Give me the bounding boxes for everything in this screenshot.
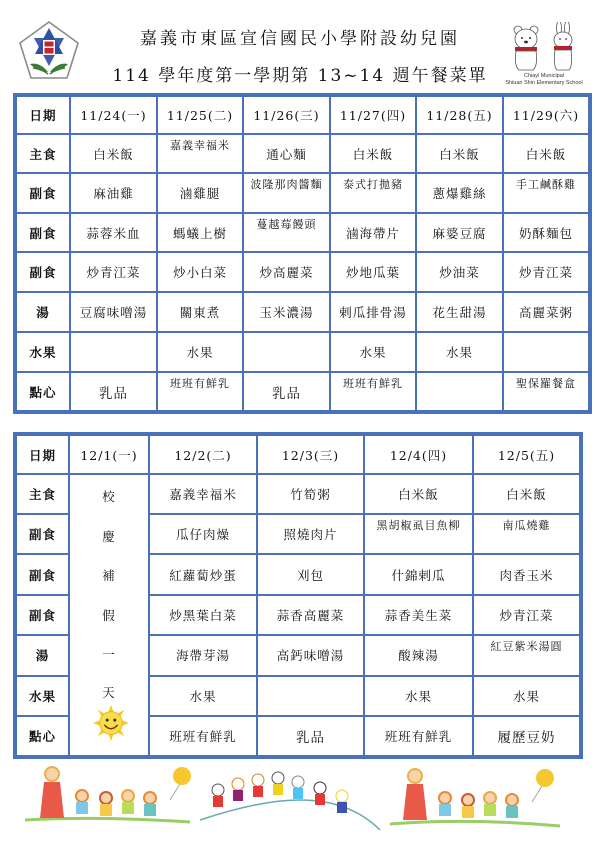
date-header: 12/3(三)	[257, 434, 364, 474]
menu-cell: 通心麵	[243, 134, 330, 173]
menu-cell: 白米飯	[416, 134, 503, 173]
school-emblem-icon	[18, 20, 80, 82]
menu-cell: 豆腐味噌湯	[70, 292, 157, 332]
row-label: 湯	[15, 635, 69, 676]
bear-rabbit-mascot-icon	[496, 22, 592, 72]
menu-cell: 炒高麗菜	[243, 252, 330, 292]
smiling-sun-icon	[92, 704, 130, 742]
table-row: 水果 水果 水果 水果	[15, 332, 590, 372]
menu-cell: 炒青江菜	[473, 595, 581, 635]
row-label: 副食	[15, 173, 70, 213]
children-banner-illustration	[20, 760, 580, 836]
menu-cell: 履歷豆奶	[473, 716, 581, 757]
menu-cell: 蒜香高麗菜	[257, 595, 364, 635]
menu-title: 114 學年度第一學期第 13~14 週午餐菜單	[100, 61, 500, 86]
menu-cell: 紅蘿蔔炒蛋	[149, 554, 257, 595]
menu-cell: 照燒肉片	[257, 514, 364, 555]
date-header: 11/26(三)	[243, 95, 330, 134]
menu-cell: 嘉義幸福米	[149, 474, 257, 514]
table-row: 點心 乳品 班班有鮮乳 乳品 班班有鮮乳 聖保羅餐盒	[15, 372, 590, 412]
menu-cell: 水果	[149, 676, 257, 717]
row-label: 湯	[15, 292, 70, 332]
row-label: 副食	[15, 252, 70, 292]
menu-cell: 白米飯	[503, 134, 590, 173]
date-header: 12/1(一)	[69, 434, 149, 474]
date-header: 12/2(二)	[149, 434, 257, 474]
menu-cell: 酸辣湯	[364, 635, 473, 676]
menu-cell: 水果	[473, 676, 581, 717]
menu-cell: 關東煮	[157, 292, 243, 332]
menu-cell: 剌瓜排骨湯	[330, 292, 416, 332]
menu-cell: 什錦剌瓜	[364, 554, 473, 595]
row-label: 副食	[15, 213, 70, 252]
menu-cell: 水果	[416, 332, 503, 372]
table-row: 副食 炒青江菜 炒小白菜 炒高麗菜 炒地瓜葉 炒油菜 炒青江菜	[15, 252, 590, 292]
holiday-char: 假	[70, 606, 148, 624]
menu-cell: 海帶芽湯	[149, 635, 257, 676]
menu-cell: 炒黑葉白菜	[149, 595, 257, 635]
date-header: 12/5(五)	[473, 434, 581, 474]
menu-cell: 滷海帶片	[330, 213, 416, 252]
row-label: 日期	[15, 95, 70, 134]
menu-cell: 班班有鮮乳	[364, 716, 473, 757]
table-row: 副食 蒜蓉米血 螞蟻上樹 蔓越莓饅頭 滷海帶片 麻婆豆腐 奶酥麵包	[15, 213, 590, 252]
menu-cell: 炒地瓜葉	[330, 252, 416, 292]
date-header: 12/4(四)	[364, 434, 473, 474]
menu-cell	[243, 332, 330, 372]
menu-cell: 蔓越莓饅頭	[243, 213, 330, 252]
menu-cell: 手工鹹酥雞	[503, 173, 590, 213]
menu-cell: 炒青江菜	[503, 252, 590, 292]
menu-cell: 麻婆豆腐	[416, 213, 503, 252]
school-emblem-logo	[18, 20, 80, 82]
menu-cell: 螞蟻上樹	[157, 213, 243, 252]
holiday-char: 天	[70, 683, 148, 701]
week2-menu-table: 日期 12/1(一) 12/2(二) 12/3(三) 12/4(四) 12/5(…	[13, 432, 583, 759]
table-row: 副食 麻油雞 滷雞腿 波隆那肉醬麵 泰式打拋豬 蔥爆雞絲 手工鹹酥雞	[15, 173, 590, 213]
menu-cell: 蒜蓉米血	[70, 213, 157, 252]
table-row: 主食 白米飯 嘉義幸福米 通心麵 白米飯 白米飯 白米飯	[15, 134, 590, 173]
week2-date-row: 日期 12/1(一) 12/2(二) 12/3(三) 12/4(四) 12/5(…	[15, 434, 581, 474]
menu-cell: 紅豆紫米湯圓	[473, 635, 581, 676]
menu-cell: 乳品	[70, 372, 157, 412]
menu-cell: 花生甜湯	[416, 292, 503, 332]
date-header: 11/27(四)	[330, 95, 416, 134]
row-label: 日期	[15, 434, 69, 474]
school-name-title: 嘉義市東區宣信國民小學附設幼兒園	[100, 24, 500, 49]
row-label: 主食	[15, 134, 70, 173]
teachers-children-icon	[20, 760, 580, 836]
menu-cell: 滷雞腿	[157, 173, 243, 213]
menu-cell: 炒青江菜	[70, 252, 157, 292]
menu-cell: 泰式打拋豬	[330, 173, 416, 213]
mascot-caption-line1: Chiayi Municipal	[496, 73, 592, 79]
menu-cell: 瓜仔肉燥	[149, 514, 257, 555]
menu-cell: 班班有鮮乳	[330, 372, 416, 412]
row-label: 點心	[15, 716, 69, 757]
date-header: 11/28(五)	[416, 95, 503, 134]
mascot-logo: Chiayi Municipal Shiuan Shin Elementary …	[496, 22, 592, 88]
week1-date-row: 日期 11/24(一) 11/25(二) 11/26(三) 11/27(四) 1…	[15, 95, 590, 134]
menu-cell: 水果	[157, 332, 243, 372]
date-header: 11/29(六)	[503, 95, 590, 134]
menu-cell: 炒小白菜	[157, 252, 243, 292]
holiday-char: 補	[70, 566, 148, 584]
menu-cell: 白米飯	[330, 134, 416, 173]
week1-menu-table: 日期 11/24(一) 11/25(二) 11/26(三) 11/27(四) 1…	[13, 93, 592, 414]
menu-cell	[70, 332, 157, 372]
menu-cell: 竹筍粥	[257, 474, 364, 514]
menu-cell: 南瓜燒雞	[473, 514, 581, 555]
row-label: 副食	[15, 595, 69, 635]
menu-cell: 波隆那肉醬麵	[243, 173, 330, 213]
menu-cell: 聖保羅餐盒	[503, 372, 590, 412]
menu-cell: 嘉義幸福米	[157, 134, 243, 173]
menu-cell: 白米飯	[364, 474, 473, 514]
menu-cell: 玉米濃湯	[243, 292, 330, 332]
table-row: 湯 豆腐味噌湯 關東煮 玉米濃湯 剌瓜排骨湯 花生甜湯 高麗菜粥	[15, 292, 590, 332]
menu-cell	[257, 676, 364, 717]
menu-cell: 高麗菜粥	[503, 292, 590, 332]
menu-cell: 黑胡椒虱目魚柳	[364, 514, 473, 555]
holiday-char: 慶	[70, 527, 148, 545]
menu-cell: 蒜香美生菜	[364, 595, 473, 635]
holiday-cell: 校 慶 補 假 一 天	[69, 474, 149, 757]
holiday-char: 一	[70, 645, 148, 663]
row-label: 副食	[15, 554, 69, 595]
row-label: 副食	[15, 514, 69, 555]
row-label: 水果	[15, 676, 69, 717]
holiday-char: 校	[70, 487, 148, 505]
row-label: 水果	[15, 332, 70, 372]
menu-cell: 麻油雞	[70, 173, 157, 213]
menu-cell: 蔥爆雞絲	[416, 173, 503, 213]
date-header: 11/24(一)	[70, 95, 157, 134]
menu-cell: 奶酥麵包	[503, 213, 590, 252]
menu-cell: 刈包	[257, 554, 364, 595]
menu-cell: 白米飯	[473, 474, 581, 514]
table-row: 主食 校 慶 補 假 一 天	[15, 474, 581, 514]
menu-cell	[416, 372, 503, 412]
menu-cell: 班班有鮮乳	[157, 372, 243, 412]
menu-cell: 肉香玉米	[473, 554, 581, 595]
menu-cell: 水果	[364, 676, 473, 717]
menu-cell: 炒油菜	[416, 252, 503, 292]
menu-cell: 乳品	[257, 716, 364, 757]
date-header: 11/25(二)	[157, 95, 243, 134]
menu-cell: 乳品	[243, 372, 330, 412]
row-label: 點心	[15, 372, 70, 412]
row-label: 主食	[15, 474, 69, 514]
mascot-caption-line2: Shiuan Shin Elementary School	[496, 80, 592, 86]
menu-cell	[503, 332, 590, 372]
menu-cell: 高鈣味噌湯	[257, 635, 364, 676]
menu-cell: 水果	[330, 332, 416, 372]
menu-cell: 白米飯	[70, 134, 157, 173]
menu-cell: 班班有鮮乳	[149, 716, 257, 757]
